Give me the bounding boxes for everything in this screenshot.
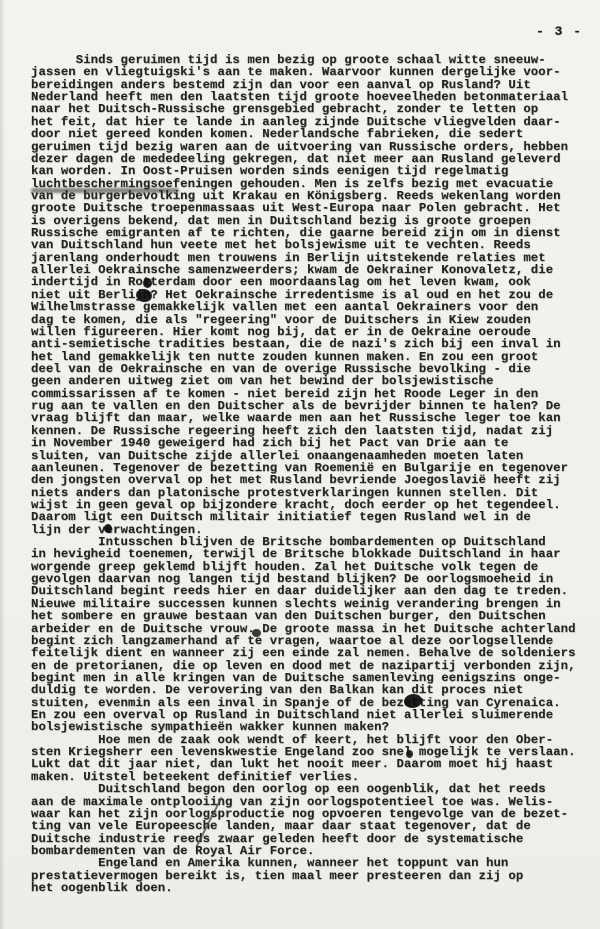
text-line: feitelijk dient en wanneer zij een einde… bbox=[31, 647, 593, 659]
text-line: naar het Duitsch-Russische grensgebied g… bbox=[31, 103, 593, 115]
page-number: - 3 - bbox=[536, 24, 583, 39]
text-line: ting van vele Europeesche landen, maar d… bbox=[31, 820, 593, 832]
text-line: geen anderen uitweg ziet om van het bewi… bbox=[31, 375, 593, 387]
text-line: den jongsten overval op het met Rusland … bbox=[31, 474, 593, 486]
ink-blot bbox=[406, 750, 413, 758]
text-line: duldig te worden. De verovering van den … bbox=[31, 684, 593, 696]
text-line: anti-semietische tradities bestaan, die … bbox=[31, 338, 593, 350]
text-line: vraag blijft dan maar, welke waarde men … bbox=[31, 412, 593, 424]
text-line: Duitschland begon den oorlog op een ooge… bbox=[31, 783, 593, 795]
text-line: jassen en vliegtuigski's aan te maken. W… bbox=[31, 66, 593, 78]
scan-edge-shadow bbox=[0, 0, 5, 929]
ink-blot bbox=[104, 524, 112, 533]
text-line: Wilhelmstrasse gemakkelijk vallen met ee… bbox=[31, 301, 593, 313]
document-page: - 3 - Sinds geruimen tijd is men bezig o… bbox=[0, 0, 600, 929]
text-line: het oogenblik doen. bbox=[31, 882, 593, 894]
text-line: indertijd in Rotterdam door een moordaan… bbox=[31, 276, 593, 288]
text-line: door niet gereed konden komen. Nederland… bbox=[31, 128, 593, 140]
text-line: kan worden. In Oost-Pruisen worden sinds… bbox=[31, 165, 593, 177]
text-line: in hevigheid toenemen, terwijl de Britsc… bbox=[31, 548, 593, 560]
document-body-text: Sinds geruimen tijd is men bezig op groo… bbox=[31, 54, 593, 894]
text-line: Duitschland begint reeds hier en daar du… bbox=[31, 585, 593, 597]
text-line: van Duitschland hun veete met het bolsje… bbox=[31, 239, 593, 251]
text-line: sluiten, van Duitsche zijde allerlei ona… bbox=[31, 450, 593, 462]
text-line: Daarom ligt een Duitsch militair initiat… bbox=[31, 511, 593, 523]
text-line: Lukt dat dit jaar niet, dan lukt het noo… bbox=[31, 758, 593, 770]
text-line: in November 1940 geweigerd had zich bij … bbox=[31, 437, 593, 449]
ink-smudge bbox=[31, 188, 179, 193]
text-line: Engeland en Amerika kunnen, wanneer het … bbox=[31, 857, 593, 869]
ink-blot bbox=[252, 629, 261, 637]
ink-blot bbox=[143, 278, 152, 288]
text-line: het sombere en grauwe bestaan van den Du… bbox=[31, 610, 593, 622]
text-line: groote Duitsche troepenmassaas uit West-… bbox=[31, 202, 593, 214]
text-line: bolsjewistische sympathieën wakker kunne… bbox=[31, 721, 593, 733]
